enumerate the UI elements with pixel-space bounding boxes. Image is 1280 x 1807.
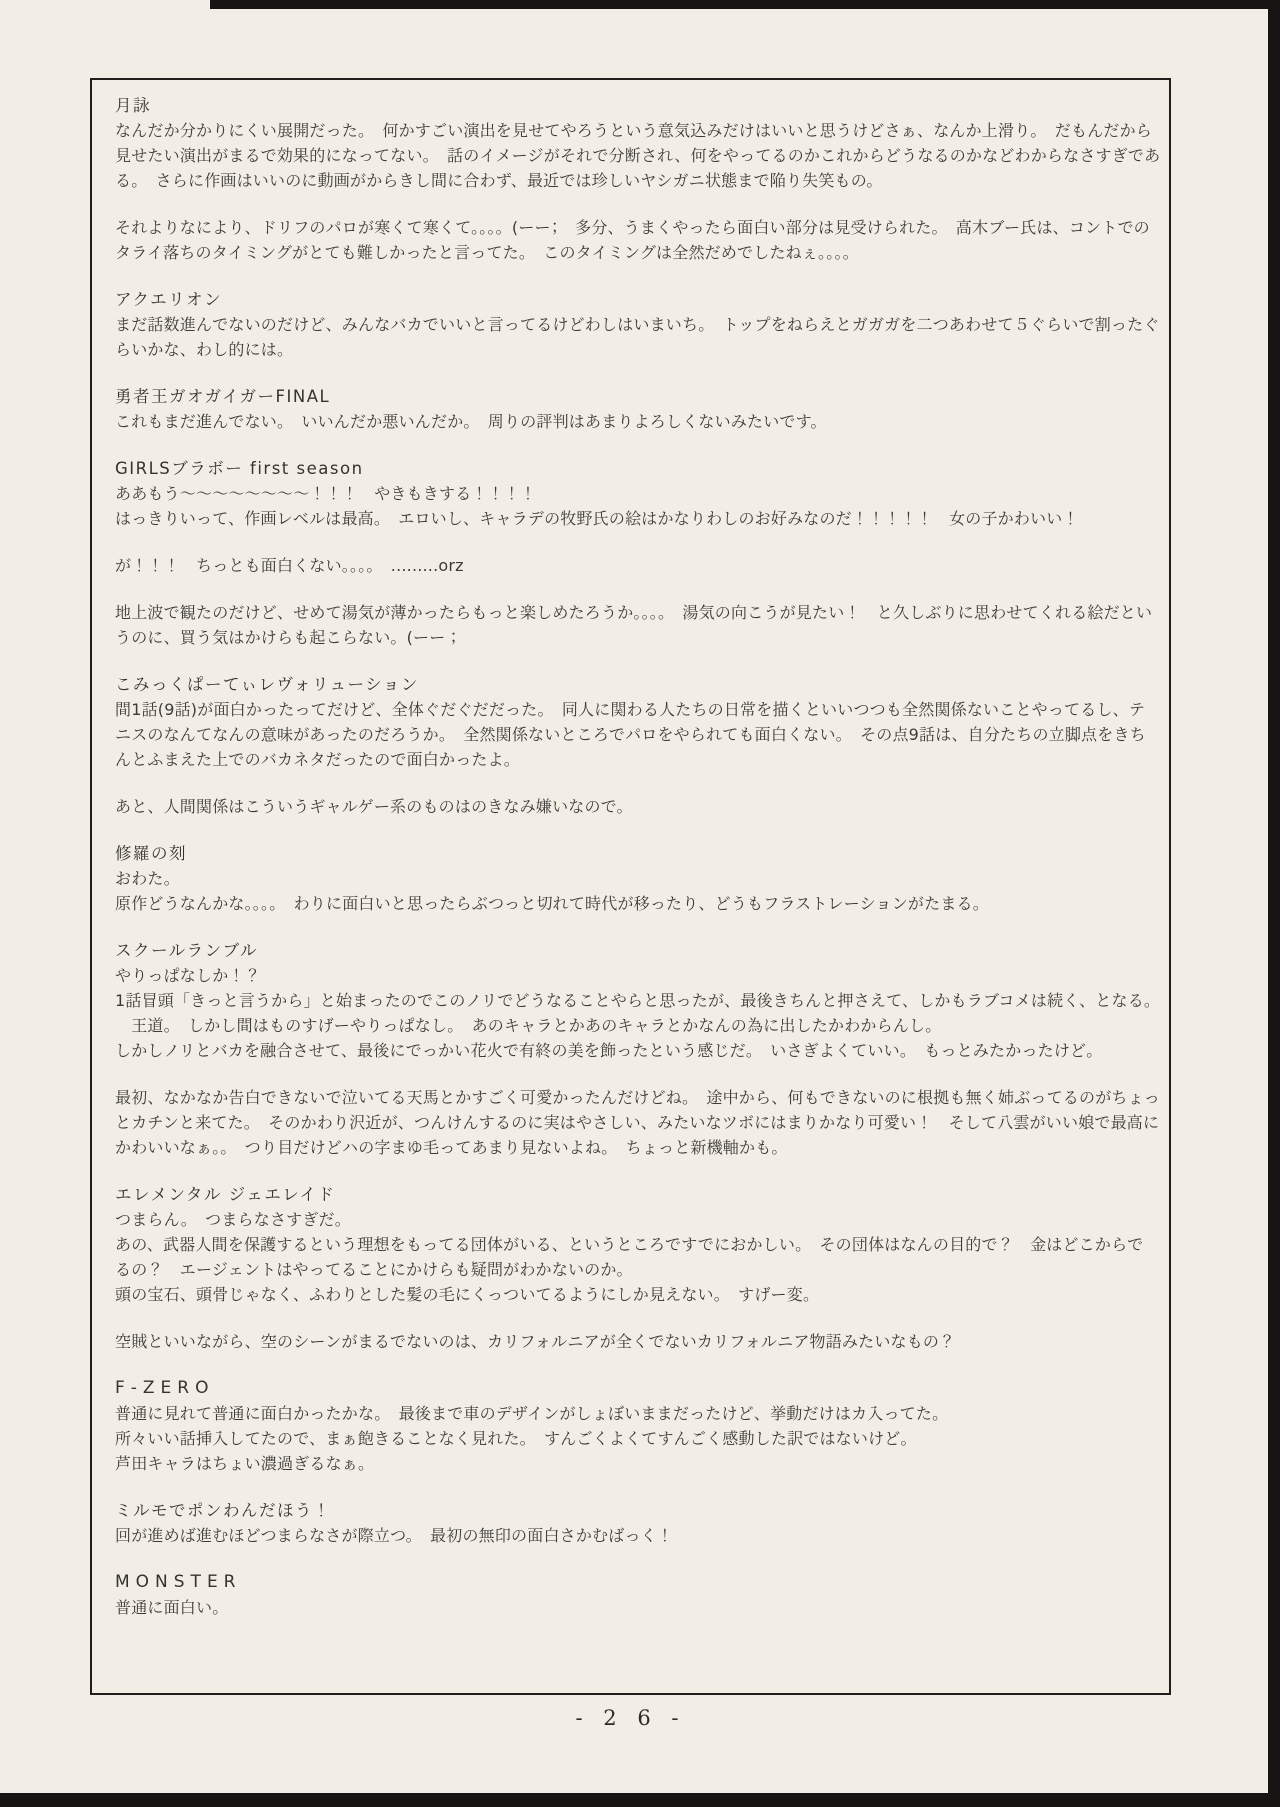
text-line: これもまだ進んでない。 いいんだか悪いんだか。 周りの評判はあまりよろしくないみ… <box>115 409 1155 434</box>
content-box: 月詠なんだか分かりにくい展開だった。 何かすごい演出を見せてやろうという意気込み… <box>90 78 1171 1695</box>
scan-edge-top <box>210 0 1280 9</box>
text-line: 王道。 しかし間はものすげーやりっぱなし。 あのキャラとかあのキャラとかなんの為… <box>115 1013 1155 1038</box>
paragraph: 普通に面白い。 <box>115 1595 1155 1620</box>
section-title: スクールランブル <box>115 938 1155 963</box>
review-section: 修羅の刻おわた。原作どうなんかな。。。。 わりに面白いと思ったらぶつっと切れて時… <box>115 841 1155 916</box>
text-line: 回が進めば進むほどつまらなさが際立つ。 最初の無印の面白さかむばっく！ <box>115 1523 1155 1548</box>
paragraph: 空賊といいながら、空のシーンがまるでないのは、カリフォルニアが全くでないカリフォ… <box>115 1329 1155 1354</box>
text-line: タライ落ちのタイミングがとても難しかったと言ってた。 このタイミングは全然だめで… <box>115 240 1155 265</box>
text-line: それよりなにより、ドリフのパロが寒くて寒くて。。。。(ーー； 多分、うまくやった… <box>115 215 1155 240</box>
text-line: あと、人間関係はこういうギャルゲー系のものはのきなみ嫌いなので。 <box>115 794 1155 819</box>
text-line: 地上波で観たのだけど、せめて湯気が薄かったらもっと楽しめたろうか。。。。 湯気の… <box>115 600 1155 625</box>
text-line: 最初、なかなか告白できないで泣いてる天馬とかすごく可愛かったんだけどね。 途中か… <box>115 1085 1155 1110</box>
review-section: アクエリオンまだ話数進んでないのだけど、みんなバカでいいと言ってるけどわしはいま… <box>115 287 1155 362</box>
paragraph: それよりなにより、ドリフのパロが寒くて寒くて。。。。(ーー； 多分、うまくやった… <box>115 215 1155 265</box>
text-line: ニスのなんてなんの意味があったのだろうか。 全然関係ないところでパロをやられても… <box>115 722 1155 747</box>
text-line: 間1話(9話)が面白かったってだけど、全体ぐだぐだだった。 同人に関わる人たちの… <box>115 697 1155 722</box>
paragraph: 普通に見れて普通に面白かったかな。 最後まで車のデザインがしょぼいままだったけど… <box>115 1401 1155 1476</box>
section-title: 修羅の刻 <box>115 841 1155 866</box>
text-line: 見せたい演出がまるで効果的になってない。 話のイメージがそれで分断され、何をやっ… <box>115 143 1155 168</box>
text-line: かわいいなぁ。。 つり目だけどハの字まゆ毛ってあまり見ないよね。 ちょっと新機軸… <box>115 1135 1155 1160</box>
review-section: スクールランブルやりっぱなしか！？1話冒頭「きっと言うから」と始まったのでこのノ… <box>115 938 1155 1160</box>
paragraph: これもまだ進んでない。 いいんだか悪いんだか。 周りの評判はあまりよろしくないみ… <box>115 409 1155 434</box>
scan-edge-bottom <box>0 1793 1280 1807</box>
review-section: GIRLSブラボー first seasonああもう～～～～～～～～！！！ やき… <box>115 456 1155 650</box>
paragraph: 回が進めば進むほどつまらなさが際立つ。 最初の無印の面白さかむばっく！ <box>115 1523 1155 1548</box>
text-line: るの？ エージェントはやってることにかけらも疑問がわかないのか。 <box>115 1257 1155 1282</box>
section-title: MONSTER <box>115 1570 1155 1595</box>
section-title: エレメンタル ジェエレイド <box>115 1182 1155 1207</box>
review-section: エレメンタル ジェエレイドつまらん。 つまらなさすぎだ。あの、武器人間を保護する… <box>115 1182 1155 1354</box>
text-line: うのに、買う気はかけらも起こらない。(ーー； <box>115 625 1155 650</box>
text-line: る。 さらに作画はいいのに動画がからきし間に合わず、最近では珍しいヤシガニ状態ま… <box>115 168 1155 193</box>
section-title: こみっくぱーてぃレヴォリューション <box>115 672 1155 697</box>
text-line: 1話冒頭「きっと言うから」と始まったのでこのノリでどうなることやらと思ったが、最… <box>115 988 1155 1013</box>
text-line: しかしノリとバカを融合させて、最後にでっかい花火で有終の美を飾ったという感じだ。… <box>115 1038 1155 1063</box>
text-line: はっきりいって、作画レベルは最高。 エロいし、キャラデの牧野氏の絵はかなりわしの… <box>115 506 1155 531</box>
text-line: あの、武器人間を保護するという理想をもってる団体がいる、というところですでにおか… <box>115 1232 1155 1257</box>
review-section: こみっくぱーてぃレヴォリューション間1話(9話)が面白かったってだけど、全体ぐだ… <box>115 672 1155 819</box>
text-line: 芦田キャラはちょい濃過ぎるなぁ。 <box>115 1451 1155 1476</box>
section-title: GIRLSブラボー first season <box>115 456 1155 481</box>
text-line: 普通に面白い。 <box>115 1595 1155 1620</box>
section-title: アクエリオン <box>115 287 1155 312</box>
review-section: MONSTER普通に面白い。 <box>115 1570 1155 1620</box>
text-line: らいかな、わし的には。 <box>115 337 1155 362</box>
review-section: ミルモでポンわんだほう！回が進めば進むほどつまらなさが際立つ。 最初の無印の面白… <box>115 1498 1155 1548</box>
text-line: おわた。 <box>115 866 1155 891</box>
page-number: - 2 6 - <box>90 1706 1171 1730</box>
paragraph: なんだか分かりにくい展開だった。 何かすごい演出を見せてやろうという意気込みだけ… <box>115 118 1155 193</box>
paragraph: おわた。原作どうなんかな。。。。 わりに面白いと思ったらぶつっと切れて時代が移っ… <box>115 866 1155 916</box>
paragraph: つまらん。 つまらなさすぎだ。あの、武器人間を保護するという理想をもってる団体が… <box>115 1207 1155 1307</box>
text-line: 普通に見れて普通に面白かったかな。 最後まで車のデザインがしょぼいままだったけど… <box>115 1401 1155 1426</box>
review-section: 月詠なんだか分かりにくい展開だった。 何かすごい演出を見せてやろうという意気込み… <box>115 93 1155 265</box>
text-line: 空賊といいながら、空のシーンがまるでないのは、カリフォルニアが全くでないカリフォ… <box>115 1329 1155 1354</box>
text-line: つまらん。 つまらなさすぎだ。 <box>115 1207 1155 1232</box>
scan-edge-right <box>1268 0 1280 1807</box>
paragraph: あと、人間関係はこういうギャルゲー系のものはのきなみ嫌いなので。 <box>115 794 1155 819</box>
section-title: 月詠 <box>115 93 1155 118</box>
text-line: なんだか分かりにくい展開だった。 何かすごい演出を見せてやろうという意気込みだけ… <box>115 118 1155 143</box>
text-line: やりっぱなしか！？ <box>115 963 1155 988</box>
text-line: 頭の宝石、頭骨じゃなく、ふわりとした髪の毛にくっついてるようにしか見えない。 す… <box>115 1282 1155 1307</box>
paragraph: ああもう～～～～～～～～！！！ やきもきする！！！！はっきりいって、作画レベルは… <box>115 481 1155 531</box>
text-line: まだ話数進んでないのだけど、みんなバカでいいと言ってるけどわしはいまいち。 トッ… <box>115 312 1155 337</box>
text-line: んとふまえた上でのバカネタだったので面白かったよ。 <box>115 747 1155 772</box>
text-line: が！！！ ちっとも面白くない。。。。 .........orz <box>115 553 1155 578</box>
paragraph: まだ話数進んでないのだけど、みんなバカでいいと言ってるけどわしはいまいち。 トッ… <box>115 312 1155 362</box>
paragraph: 間1話(9話)が面白かったってだけど、全体ぐだぐだだった。 同人に関わる人たちの… <box>115 697 1155 772</box>
section-title: F-ZERO <box>115 1376 1155 1401</box>
section-title: ミルモでポンわんだほう！ <box>115 1498 1155 1523</box>
review-section: F-ZERO普通に見れて普通に面白かったかな。 最後まで車のデザインがしょぼいま… <box>115 1376 1155 1476</box>
paragraph: 最初、なかなか告白できないで泣いてる天馬とかすごく可愛かったんだけどね。 途中か… <box>115 1085 1155 1160</box>
text-line: 所々いい話挿入してたので、まぁ飽きることなく見れた。 すんごくよくてすんごく感動… <box>115 1426 1155 1451</box>
review-section: 勇者王ガオガイガーFINALこれもまだ進んでない。 いいんだか悪いんだか。 周り… <box>115 384 1155 434</box>
section-title: 勇者王ガオガイガーFINAL <box>115 384 1155 409</box>
text-line: 原作どうなんかな。。。。 わりに面白いと思ったらぶつっと切れて時代が移ったり、ど… <box>115 891 1155 916</box>
paragraph: やりっぱなしか！？1話冒頭「きっと言うから」と始まったのでこのノリでどうなること… <box>115 963 1155 1063</box>
paragraph: 地上波で観たのだけど、せめて湯気が薄かったらもっと楽しめたろうか。。。。 湯気の… <box>115 600 1155 650</box>
text-line: とカチンと来てた。 そのかわり沢近が、つんけんするのに実はやさしい、みたいなツボ… <box>115 1110 1155 1135</box>
paragraph: が！！！ ちっとも面白くない。。。。 .........orz <box>115 553 1155 578</box>
text-line: ああもう～～～～～～～～！！！ やきもきする！！！！ <box>115 481 1155 506</box>
